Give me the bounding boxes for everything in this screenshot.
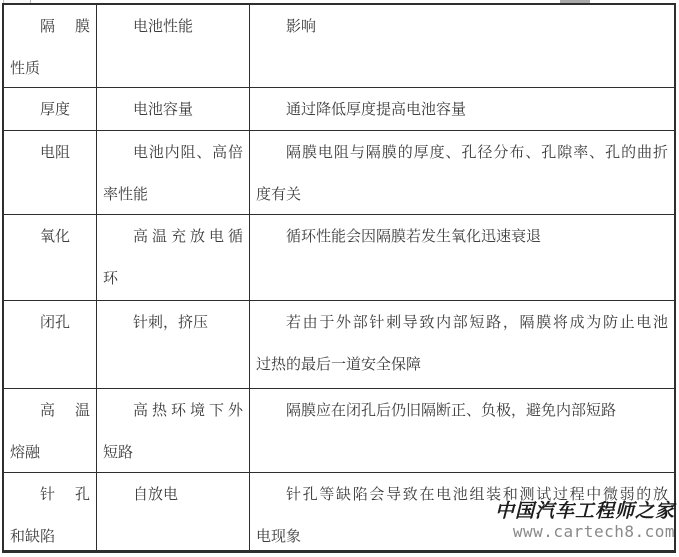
cell-line: 厚度 xyxy=(10,88,90,130)
cell-battery-performance: 电池性能 xyxy=(97,5,250,87)
cell-influence: 隔膜应在闭孔后仍旧隔断正、负极，避免内部短路 xyxy=(250,389,674,472)
cell-line: 高温充放电循 xyxy=(103,215,243,257)
cell-line: 隔膜 xyxy=(10,5,90,47)
cell-line: 环 xyxy=(103,257,243,299)
cell-influence: 通过降低厚度提高电池容量 xyxy=(250,88,674,130)
cell-line: 针刺，挤压 xyxy=(103,301,243,343)
cell-line: 影响 xyxy=(256,5,668,47)
separator-properties-table: 隔膜性质电池性能影响厚度电池容量通过降低厚度提高电池容量电阻电池内阻、高倍率性能… xyxy=(2,3,676,553)
cell-battery-performance: 高温充放电循环 xyxy=(97,215,250,300)
cell-line: 电池容量 xyxy=(103,88,243,130)
cell-influence: 影响 xyxy=(250,5,674,87)
cell-line: 高温 xyxy=(10,389,90,431)
cell-battery-performance: 高热环境下外短路 xyxy=(97,389,250,472)
watermark: 中国汽车工程师之家 www.cartech8.com xyxy=(495,501,675,541)
cell-separator-property: 厚度 xyxy=(4,88,97,130)
watermark-site-name: 中国汽车工程师之家 xyxy=(495,501,675,523)
table-row: 电阻电池内阻、高倍率性能隔膜电阻与隔膜的厚度、孔径分布、孔隙率、孔的曲折度有关 xyxy=(4,131,674,215)
cell-line: 电池内阻、高倍 xyxy=(103,131,243,173)
table-row: 氧化高温充放电循环循环性能会因隔膜若发生氧化迅速衰退 xyxy=(4,215,674,301)
cell-influence: 若由于外部针刺导致内部短路，隔膜将成为防止电池过热的最后一道安全保障 xyxy=(250,301,674,388)
cell-line: 循环性能会因隔膜若发生氧化迅速衰退 xyxy=(256,215,668,257)
cell-separator-property: 闭孔 xyxy=(4,301,97,388)
cell-line: 氧化 xyxy=(10,215,90,257)
cell-line: 和缺陷 xyxy=(10,515,90,550)
cell-line: 电阻 xyxy=(10,131,90,173)
cell-line: 闭孔 xyxy=(10,301,90,343)
cell-line: 度有关 xyxy=(256,173,668,214)
cell-line: 熔融 xyxy=(10,431,90,472)
table-row: 高温熔融高热环境下外短路隔膜应在闭孔后仍旧隔断正、负极，避免内部短路 xyxy=(4,389,674,473)
cell-separator-property: 隔膜性质 xyxy=(4,5,97,87)
cell-separator-property: 针孔和缺陷 xyxy=(4,473,97,550)
table-row: 厚度电池容量通过降低厚度提高电池容量 xyxy=(4,88,674,131)
cell-line: 通过降低厚度提高电池容量 xyxy=(256,88,668,130)
cell-line: 自放电 xyxy=(103,473,243,515)
cell-line: 率性能 xyxy=(103,173,243,214)
cell-separator-property: 电阻 xyxy=(4,131,97,214)
page: 隔膜性质电池性能影响厚度电池容量通过降低厚度提高电池容量电阻电池内阻、高倍率性能… xyxy=(0,0,679,557)
cell-line: 高热环境下外 xyxy=(103,389,243,431)
cell-line: 过热的最后一道安全保障 xyxy=(256,343,668,385)
cell-line: 电池性能 xyxy=(103,5,243,47)
cell-influence: 隔膜电阻与隔膜的厚度、孔径分布、孔隙率、孔的曲折度有关 xyxy=(250,131,674,214)
cell-influence: 循环性能会因隔膜若发生氧化迅速衰退 xyxy=(250,215,674,300)
table-row: 闭孔针刺，挤压若由于外部针刺导致内部短路，隔膜将成为防止电池过热的最后一道安全保… xyxy=(4,301,674,389)
cell-line: 性质 xyxy=(10,47,90,87)
cell-battery-performance: 电池容量 xyxy=(97,88,250,130)
watermark-site-url: www.cartech8.com xyxy=(495,523,675,541)
cell-separator-property: 高温熔融 xyxy=(4,389,97,472)
cell-line: 针孔 xyxy=(10,473,90,515)
cell-battery-performance: 自放电 xyxy=(97,473,250,550)
cell-battery-performance: 电池内阻、高倍率性能 xyxy=(97,131,250,214)
cell-separator-property: 氧化 xyxy=(4,215,97,300)
cell-line: 隔膜电阻与隔膜的厚度、孔径分布、孔隙率、孔的曲折 xyxy=(256,131,668,173)
cell-line: 若由于外部针刺导致内部短路，隔膜将成为防止电池 xyxy=(256,301,668,343)
cell-line: 隔膜应在闭孔后仍旧隔断正、负极，避免内部短路 xyxy=(256,389,668,431)
cell-battery-performance: 针刺，挤压 xyxy=(97,301,250,388)
cell-line: 短路 xyxy=(103,431,243,472)
header-row: 隔膜性质电池性能影响 xyxy=(4,5,674,88)
